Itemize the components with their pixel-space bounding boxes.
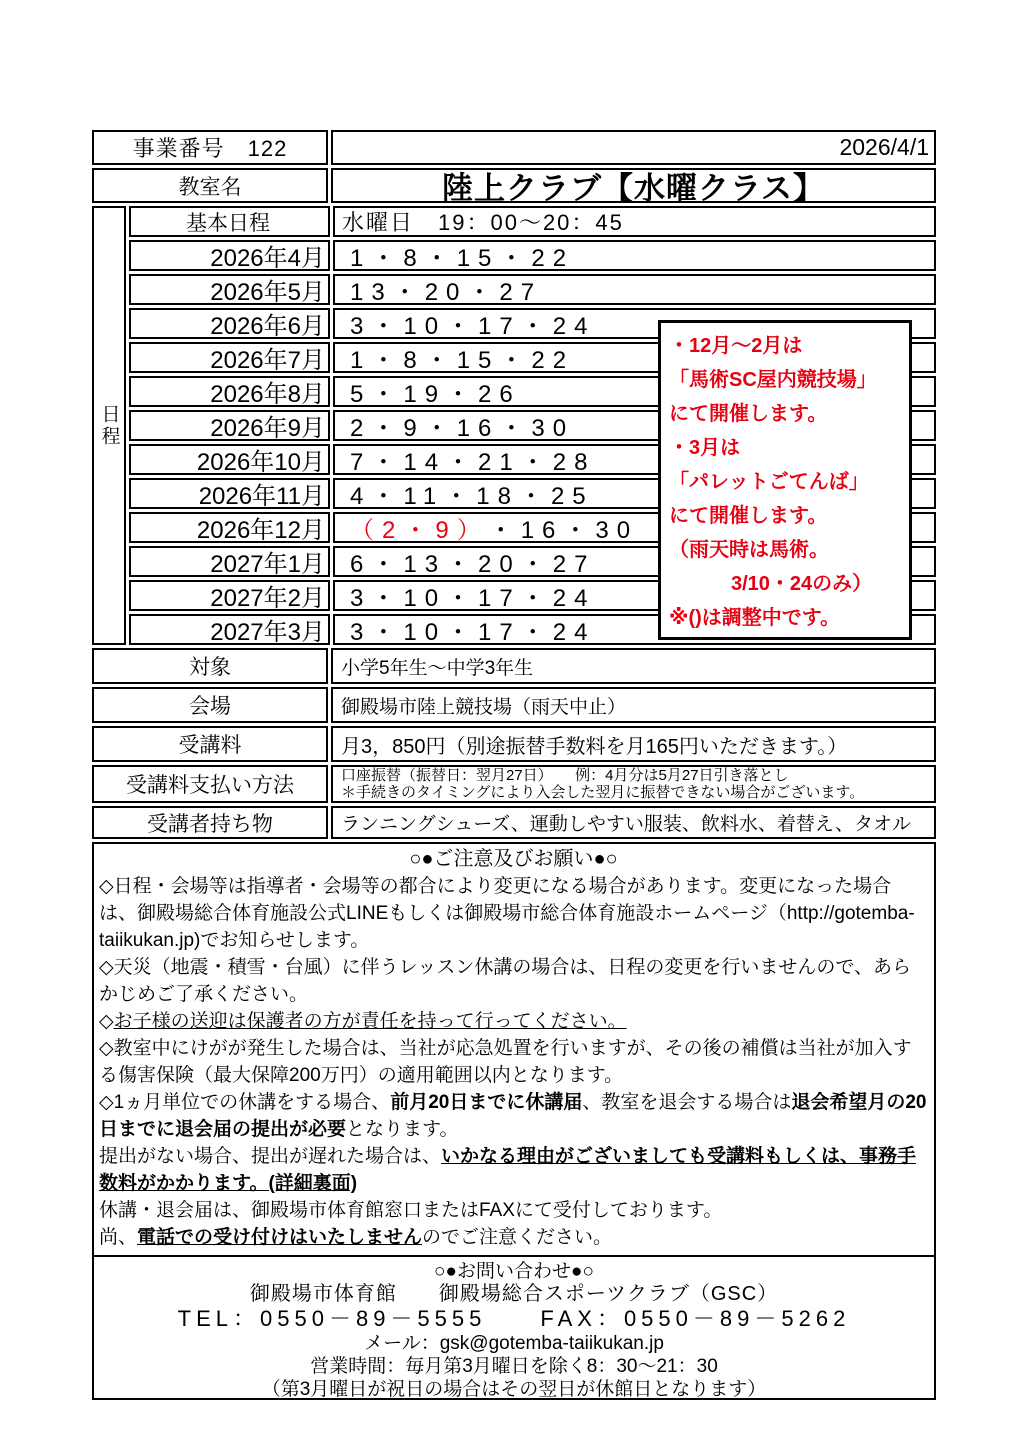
notes-title: ○●ご注意及びお願い●○ (99, 846, 928, 873)
schedule-row: 2026年5月 13・20・27 (129, 274, 936, 305)
month-dates: 13・20・27 (333, 274, 936, 305)
classname-label-cell: 教室名 (92, 168, 328, 203)
contact-hours: 営業時間：毎月第3月曜日を除く8：30～21：30 (94, 1355, 934, 1378)
month-dates: 1・8・15・22 (333, 240, 936, 271)
venue-value: 御殿場市陸上競技場（雨天中止） (331, 687, 936, 723)
info-row-items: 受講者持ち物 ランニングシューズ、運動しやすい服装、飲料水、着替え、タオル (92, 806, 936, 839)
target-value: 小学5年生～中学3年生 (331, 648, 936, 684)
contact-title: ○●お問い合わせ●○ (94, 1260, 934, 1283)
items-value: ランニングシューズ、運動しやすい服装、飲料水、着替え、タオル (331, 806, 936, 839)
month-dates-text: 1・8・15・22 (350, 342, 574, 373)
contact-closed-days: （第3月曜日が祝日の場合はその翌日が休館日となります） (94, 1378, 934, 1401)
month-dates-red: （2・9） (342, 512, 489, 543)
month-label: 2026年11月 (129, 478, 330, 509)
note-no-phone: 尚、電話での受け付けはいたしませんのでご注意ください。 (99, 1224, 928, 1251)
red-note-line: ・3月は (669, 431, 905, 465)
project-number: 事業番号 122 (133, 132, 288, 163)
info-row-target: 対象 小学5年生～中学3年生 (92, 648, 936, 684)
header-row-project: 事業番号 122 2026/4/1 (92, 130, 936, 165)
note-injury: ◇教室中にけがが発生した場合は、当社が応急処置を行いますが、その後の補償は当社が… (99, 1035, 928, 1089)
info-row-fee: 受講料 月3，850円（別途振替手数料を月165円いただきます。） (92, 726, 936, 762)
contact-tel-fax: TEL：0550－89－5555 FAX：0550－89－5262 (94, 1306, 934, 1332)
schedule-row-basic: 基本日程 水曜日 19：00～20：45 (129, 206, 936, 237)
notes-contact-box: ○●ご注意及びお願い●○ ◇日程・会場等は指導者・会場等の都合により変更になる場… (92, 842, 936, 1400)
project-number-cell: 事業番号 122 (92, 130, 328, 165)
schedule-side-label: 日程 (96, 404, 123, 448)
red-note-line: （雨天時は馬術。 (669, 533, 905, 567)
month-label: 2027年3月 (129, 614, 330, 645)
month-dates-text: ・16・30 (489, 512, 638, 543)
month-label: 2026年12月 (129, 512, 330, 543)
classname-label: 教室名 (179, 171, 242, 201)
month-dates-text: 5・19・26 (350, 376, 521, 407)
month-label: 2026年10月 (129, 444, 330, 475)
month-dates-text: 2・9・16・30 (350, 410, 574, 441)
note-submission-method: 休講・退会届は、御殿場市体育館窓口またはFAXにて受付しております。 (99, 1197, 928, 1224)
month-label: 2026年7月 (129, 342, 330, 373)
note-absence: ◇1ヵ月単位での休講をする場合、前月20日までに休講届、教室を退会する場合は退会… (99, 1089, 928, 1143)
issue-date: 2026/4/1 (839, 134, 929, 161)
month-dates-text: 6・13・20・27 (350, 546, 595, 577)
note-pickup: ◇お子様の送迎は保護者の方が責任を持って行ってください。 (99, 1008, 928, 1035)
classname-cell: 陸上クラブ【水曜クラス】 (331, 168, 936, 203)
month-dates-text: 3・10・17・24 (350, 580, 595, 611)
note-natural-disaster: ◇天災（地震・積雪・台風）に伴うレッスン休講の場合は、日程の変更を行いませんので… (99, 954, 928, 1008)
red-note-line: にて開催します。 (669, 397, 905, 431)
month-dates-text: 1・8・15・22 (350, 240, 574, 271)
info-row-venue: 会場 御殿場市陸上競技場（雨天中止） (92, 687, 936, 723)
note-late-submission: 提出がない場合、提出が遅れた場合は、いかなる理由がございましても受講料もしくは、… (99, 1143, 928, 1197)
info-row-payment: 受講料支払い方法 口座振替（振替日：翌月27日） 例：4月分は5月27日引き落と… (92, 765, 936, 803)
payment-value: 口座振替（振替日：翌月27日） 例：4月分は5月27日引き落とし ＊手続きのタイ… (331, 765, 936, 803)
fee-value: 月3，850円（別途振替手数料を月165円いただきます。） (331, 726, 936, 762)
basic-schedule-label: 基本日程 (129, 206, 330, 237)
month-dates-text: 4・11・18・25 (350, 478, 594, 509)
payment-label: 受講料支払い方法 (92, 765, 328, 803)
document-page: 事業番号 122 2026/4/1 教室名 陸上クラブ【水曜クラス】 日程 基本… (0, 0, 1024, 1448)
month-label: 2026年9月 (129, 410, 330, 441)
red-note-line: ・12月～2月は (669, 329, 905, 363)
basic-schedule-value: 水曜日 19：00～20：45 (333, 206, 936, 237)
notes-section: ○●ご注意及びお願い●○ ◇日程・会場等は指導者・会場等の都合により変更になる場… (94, 844, 934, 1255)
payment-line-1: 口座振替（振替日：翌月27日） 例：4月分は5月27日引き落とし (341, 767, 789, 784)
red-note-line: 「馬術SC屋内競技場」 (669, 363, 905, 397)
red-note-line: 3/10・24のみ） (669, 567, 905, 601)
month-dates-text: 3・10・17・24 (350, 308, 595, 339)
fee-label: 受講料 (92, 726, 328, 762)
schedule-row: 2026年4月 1・8・15・22 (129, 240, 936, 271)
header-row-classname: 教室名 陸上クラブ【水曜クラス】 (92, 168, 936, 203)
contact-email: メール：gsk@gotemba-taiikukan.jp (94, 1332, 934, 1355)
month-label: 2026年8月 (129, 376, 330, 407)
red-note-line: 「パレットごてんば」 (669, 465, 905, 499)
month-label: 2026年5月 (129, 274, 330, 305)
contact-section: ○●お問い合わせ●○ 御殿場市体育館 御殿場総合スポーツクラブ（GSC） TEL… (94, 1255, 934, 1398)
class-title: 陸上クラブ【水曜クラス】 (442, 163, 825, 208)
month-label: 2027年2月 (129, 580, 330, 611)
red-note-line: にて開催します。 (669, 499, 905, 533)
month-dates-text: 3・10・17・24 (350, 614, 595, 645)
month-label: 2026年6月 (129, 308, 330, 339)
schedule-side-cell: 日程 (92, 206, 126, 645)
contact-organization: 御殿場市体育館 御殿場総合スポーツクラブ（GSC） (94, 1283, 934, 1306)
note-schedule-change: ◇日程・会場等は指導者・会場等の都合により変更になる場合があります。変更になった… (99, 873, 928, 954)
month-label: 2027年1月 (129, 546, 330, 577)
month-label: 2026年4月 (129, 240, 330, 271)
month-dates-text: 7・14・21・28 (350, 444, 595, 475)
month-dates-text: 13・20・27 (350, 274, 542, 305)
venue-label: 会場 (92, 687, 328, 723)
winter-venue-note: ・12月～2月は 「馬術SC屋内競技場」 にて開催します。 ・3月は 「パレット… (658, 320, 912, 640)
target-label: 対象 (92, 648, 328, 684)
red-note-line: ※()は調整中です。 (669, 601, 905, 635)
issue-date-cell: 2026/4/1 (331, 130, 936, 165)
schedule-document: 事業番号 122 2026/4/1 教室名 陸上クラブ【水曜クラス】 日程 基本… (92, 130, 936, 1400)
payment-line-2: ＊手続きのタイミングにより入会した翌月に振替できない場合がございます。 (341, 784, 864, 801)
items-label: 受講者持ち物 (92, 806, 328, 839)
